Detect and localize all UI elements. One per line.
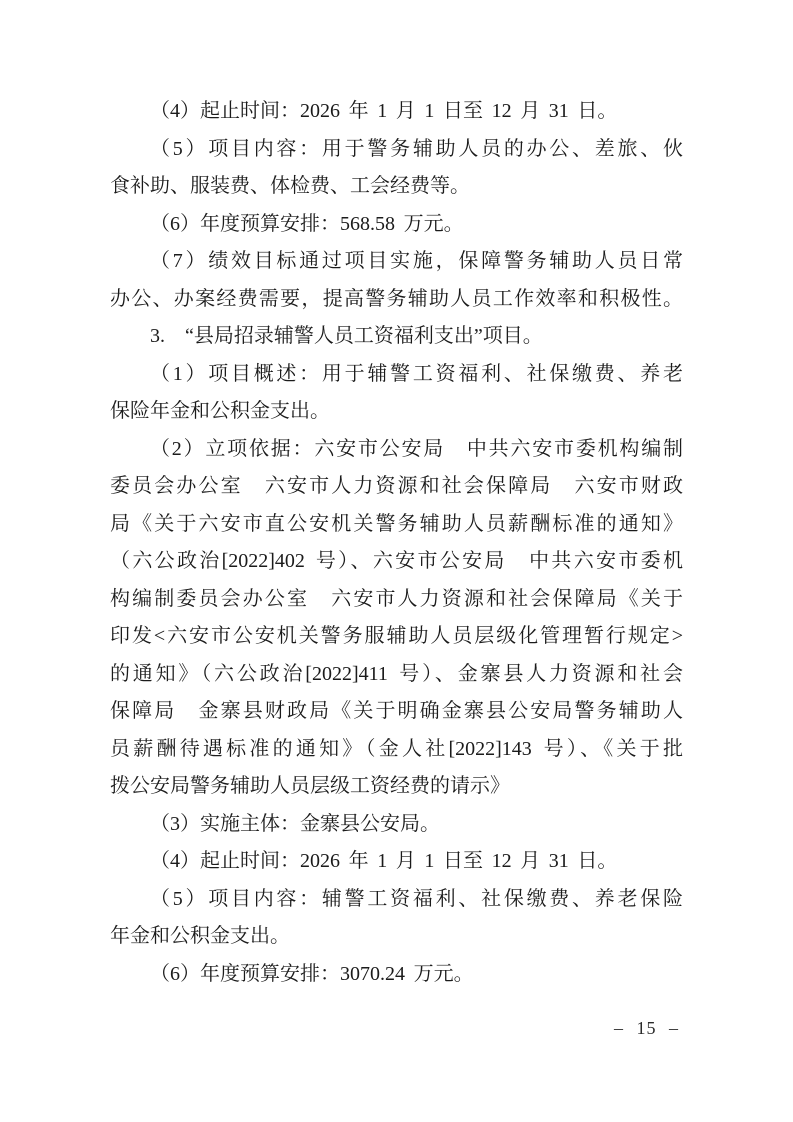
document-page: （4）起止时间：2026 年 1 月 1 日至 12 月 31 日。 （5）项目… bbox=[0, 0, 793, 1122]
text-line: （7）绩效目标通过项目实施，保障警务辅助人员日常 bbox=[110, 243, 683, 281]
text-line: （5）项目内容：用于警务辅助人员的办公、差旅、伙 bbox=[110, 131, 683, 169]
page-number: – 15 – bbox=[614, 1016, 679, 1040]
text-line: 年金和公积金支出。 bbox=[110, 918, 683, 956]
text-line: 委员会办公室 六安市人力资源和社会保障局 六安市财政 bbox=[110, 468, 683, 506]
text-line: 办公、办案经费需要，提高警务辅助人员工作效率和积极性。 bbox=[110, 281, 683, 319]
text-line: 拨公安局警务辅助人员层级工资经费的请示》 bbox=[110, 768, 683, 806]
text-line: （2）立项依据：六安市公安局 中共六安市委机构编制 bbox=[110, 431, 683, 469]
text-line: （3）实施主体：金寨县公安局。 bbox=[110, 806, 683, 844]
text-line: 保险年金和公积金支出。 bbox=[110, 393, 683, 431]
text-line: （6）年度预算安排：3070.24 万元。 bbox=[110, 956, 683, 994]
text-line: （1）项目概述：用于辅警工资福利、社保缴费、养老 bbox=[110, 356, 683, 394]
text-line: 3. “县局招录辅警人员工资福利支出”项目。 bbox=[110, 318, 683, 356]
document-body: （4）起止时间：2026 年 1 月 1 日至 12 月 31 日。 （5）项目… bbox=[110, 93, 683, 993]
text-line: （6）年度预算安排：568.58 万元。 bbox=[110, 206, 683, 244]
text-line: 局《关于六安市直公安机关警务辅助人员薪酬标准的通知》 bbox=[110, 506, 683, 544]
text-line: （六公政治[2022]402 号）、六安市公安局 中共六安市委机 bbox=[110, 543, 683, 581]
text-line: 印发<六安市公安机关警务服辅助人员层级化管理暂行规定> bbox=[110, 618, 683, 656]
text-line: （5）项目内容：辅警工资福利、社保缴费、养老保险 bbox=[110, 881, 683, 919]
text-line: （4）起止时间：2026 年 1 月 1 日至 12 月 31 日。 bbox=[110, 93, 683, 131]
text-line: 员薪酬待遇标准的通知》（金人社[2022]143 号）、《关于批 bbox=[110, 731, 683, 769]
text-line: 食补助、服装费、体检费、工会经费等。 bbox=[110, 168, 683, 206]
text-line: 的通知》（六公政治[2022]411 号）、金寨县人力资源和社会 bbox=[110, 656, 683, 694]
text-line: 保障局 金寨县财政局《关于明确金寨县公安局警务辅助人 bbox=[110, 693, 683, 731]
text-line: （4）起止时间：2026 年 1 月 1 日至 12 月 31 日。 bbox=[110, 843, 683, 881]
text-line: 构编制委员会办公室 六安市人力资源和社会保障局《关于 bbox=[110, 581, 683, 619]
